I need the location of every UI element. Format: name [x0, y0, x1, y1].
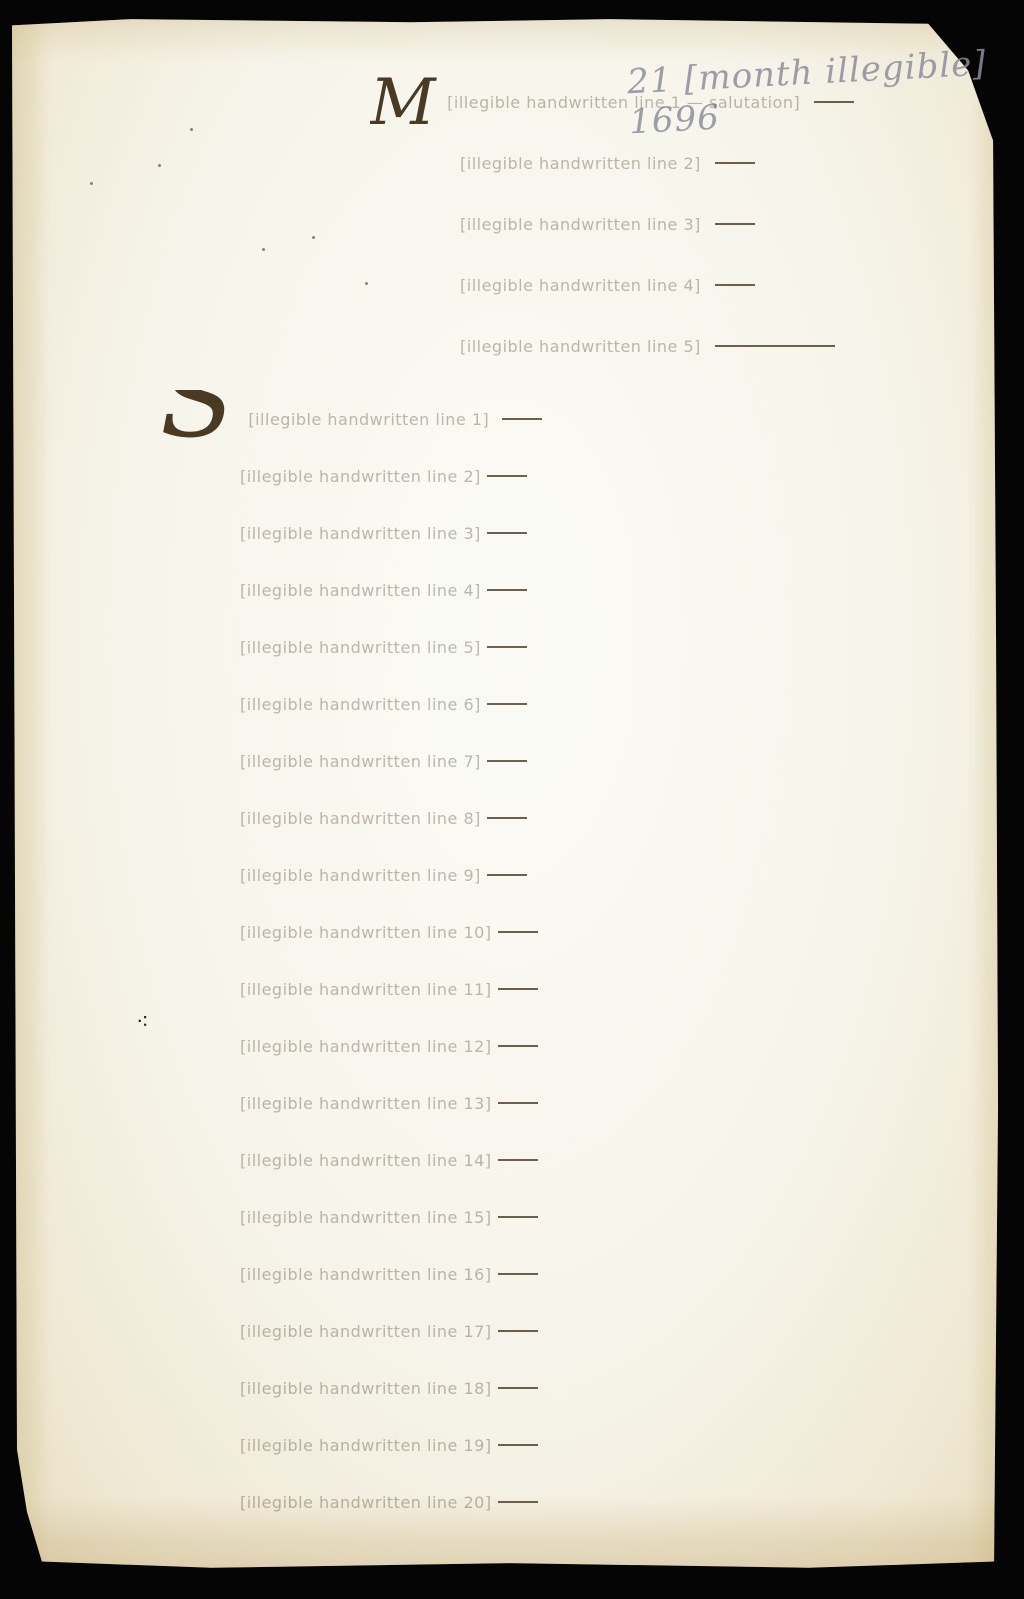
line-filler-stroke — [715, 345, 835, 347]
body-line-text: [illegible handwritten line 9] — [240, 866, 481, 885]
body-line-text: [illegible handwritten line 10] — [240, 923, 492, 942]
line-filler-stroke — [487, 874, 527, 876]
line-filler-stroke — [487, 475, 527, 477]
line-filler-stroke — [498, 931, 538, 933]
line-filler-stroke — [715, 223, 755, 225]
line-filler-stroke — [502, 418, 542, 420]
address-line: [illegible handwritten line 5] — [370, 314, 970, 375]
body-line-text: [illegible handwritten line 3] — [240, 524, 481, 543]
line-filler-stroke — [498, 1444, 538, 1446]
address-block: M [illegible handwritten line 1 — saluta… — [370, 70, 970, 375]
body-line: [illegible handwritten line 16] — [160, 1245, 975, 1302]
body-line: [illegible handwritten line 19] — [160, 1416, 975, 1473]
line-filler-stroke — [498, 1102, 538, 1104]
body-line: [illegible handwritten line 18] — [160, 1359, 975, 1416]
address-line-text: [illegible handwritten line 2] — [460, 154, 701, 173]
margin-mark: ⁖ — [136, 1010, 149, 1035]
body-line: [illegible handwritten line 15] — [160, 1188, 975, 1245]
body-line: S [illegible handwritten line 1] — [160, 390, 975, 447]
line-filler-stroke — [487, 817, 527, 819]
body-line-text: [illegible handwritten line 7] — [240, 752, 481, 771]
body-line-text: [illegible handwritten line 5] — [240, 638, 481, 657]
body-line: [illegible handwritten line 11] — [160, 960, 975, 1017]
line-filler-stroke — [715, 162, 755, 164]
body-line: [illegible handwritten line 13] — [160, 1074, 975, 1131]
body-line: [illegible handwritten line 6] — [160, 675, 975, 732]
body-line: [illegible handwritten line 5] — [160, 618, 975, 675]
address-line: [illegible handwritten line 2] — [370, 131, 970, 192]
line-filler-stroke — [498, 1159, 538, 1161]
body-line-text: [illegible handwritten line 8] — [240, 809, 481, 828]
line-filler-stroke — [487, 760, 527, 762]
body-line-text: [illegible handwritten line 17] — [240, 1322, 492, 1341]
petition-body: S [illegible handwritten line 1] [illegi… — [160, 390, 975, 1530]
line-filler-stroke — [498, 1045, 538, 1047]
body-line-text: [illegible handwritten line 4] — [240, 581, 481, 600]
line-filler-stroke — [498, 1330, 538, 1332]
line-filler-stroke — [487, 646, 527, 648]
paper-speck — [158, 164, 161, 167]
body-line: [illegible handwritten line 14] — [160, 1131, 975, 1188]
body-line: [illegible handwritten line 12] — [160, 1017, 975, 1074]
body-line-text: [illegible handwritten line 1] — [248, 410, 489, 429]
line-filler-stroke — [498, 1216, 538, 1218]
body-line-text: [illegible handwritten line 12] — [240, 1037, 492, 1056]
address-line-text: [illegible handwritten line 4] — [460, 276, 701, 295]
bleed-through-text — [72, 76, 80, 104]
body-line: [illegible handwritten line 20] — [160, 1473, 975, 1530]
body-line-text: [illegible handwritten line 18] — [240, 1379, 492, 1398]
body-line: [illegible handwritten line 3] — [160, 504, 975, 561]
line-filler-stroke — [498, 1501, 538, 1503]
paper-speck — [190, 128, 193, 131]
line-filler-stroke — [814, 101, 854, 103]
body-line: [illegible handwritten line 4] — [160, 561, 975, 618]
paper-speck — [312, 236, 315, 239]
body-line: [illegible handwritten line 10] — [160, 903, 975, 960]
line-filler-stroke — [487, 703, 527, 705]
body-line-text: [illegible handwritten line 6] — [240, 695, 481, 714]
address-line-text: [illegible handwritten line 1 — salutati… — [447, 93, 800, 112]
address-line: [illegible handwritten line 4] — [370, 253, 970, 314]
body-line-text: [illegible handwritten line 11] — [240, 980, 492, 999]
paper-speck — [365, 282, 368, 285]
line-filler-stroke — [487, 589, 527, 591]
address-line-text: [illegible handwritten line 3] — [460, 215, 701, 234]
body-line-text: [illegible handwritten line 20] — [240, 1493, 492, 1512]
body-line: [illegible handwritten line 17] — [160, 1302, 975, 1359]
body-line-text: [illegible handwritten line 14] — [240, 1151, 492, 1170]
decorated-initial: M — [370, 73, 436, 131]
line-filler-stroke — [487, 532, 527, 534]
body-line-text: [illegible handwritten line 13] — [240, 1094, 492, 1113]
body-line-text: [illegible handwritten line 19] — [240, 1436, 492, 1455]
line-filler-stroke — [498, 1387, 538, 1389]
body-line: [illegible handwritten line 9] — [160, 846, 975, 903]
body-line-text: [illegible handwritten line 2] — [240, 467, 481, 486]
line-filler-stroke — [498, 1273, 538, 1275]
body-line: [illegible handwritten line 8] — [160, 789, 975, 846]
address-line-text: [illegible handwritten line 5] — [460, 337, 701, 356]
body-line: [illegible handwritten line 7] — [160, 732, 975, 789]
line-filler-stroke — [498, 988, 538, 990]
body-line: [illegible handwritten line 2] — [160, 447, 975, 504]
paper-speck — [90, 182, 93, 185]
decorated-initial: S — [160, 390, 235, 427]
body-line-text: [illegible handwritten line 15] — [240, 1208, 492, 1227]
body-line-text: [illegible handwritten line 16] — [240, 1265, 492, 1284]
address-line: [illegible handwritten line 3] — [370, 192, 970, 253]
line-filler-stroke — [715, 284, 755, 286]
paper-speck — [262, 248, 265, 251]
address-line: M [illegible handwritten line 1 — saluta… — [370, 70, 970, 131]
